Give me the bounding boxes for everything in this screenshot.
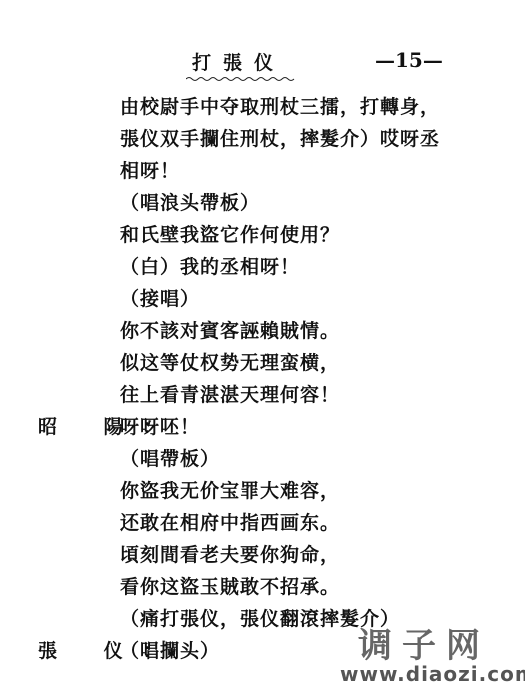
script-line: 和氏壁我盜它作何使用？	[120, 220, 340, 247]
script-line: 你不該对賓客誣賴賊情。	[120, 316, 340, 343]
script-line: 你盜我无价宝罪大难容，	[120, 476, 340, 503]
watermark-site-name: 调子网	[358, 618, 490, 667]
script-line: 看你这盜玉賊敢不招承。	[120, 572, 340, 599]
script-line: 还敢在相府中指西画东。	[120, 508, 340, 535]
script-line: 相呀！	[120, 156, 180, 183]
stage-direction: （唱帶板）	[120, 444, 220, 471]
script-line: （白）我的丞相呀！	[120, 252, 300, 279]
stage-direction: （唱浪头帶板）	[120, 188, 260, 215]
wavy-underline-icon	[186, 76, 296, 82]
script-line: 似这等仗权势无理蛮横，	[120, 348, 340, 375]
script-line: 由校尉手中夺取刑杖三擂，打轉身，	[120, 92, 440, 119]
page-number: —15—	[375, 48, 443, 72]
page-title: 打張仪	[192, 48, 285, 75]
stage-direction: （唱攔头）	[120, 636, 220, 663]
script-line: 往上看青湛湛天理何容！	[120, 380, 340, 407]
script-line: 頃刻間看老夫要你狗命，	[120, 540, 340, 567]
watermark-url: www.diaozi.com	[340, 662, 525, 686]
script-line: 呀呀呸！	[120, 412, 200, 439]
stage-direction: （接唱）	[120, 284, 200, 311]
watermark: 调子网 www.diaozi.com	[350, 618, 525, 690]
page-header: 打張仪 —15—	[0, 48, 525, 78]
script-line: 張仪双手攔住刑杖，摔髮介）哎呀丞	[120, 124, 440, 151]
